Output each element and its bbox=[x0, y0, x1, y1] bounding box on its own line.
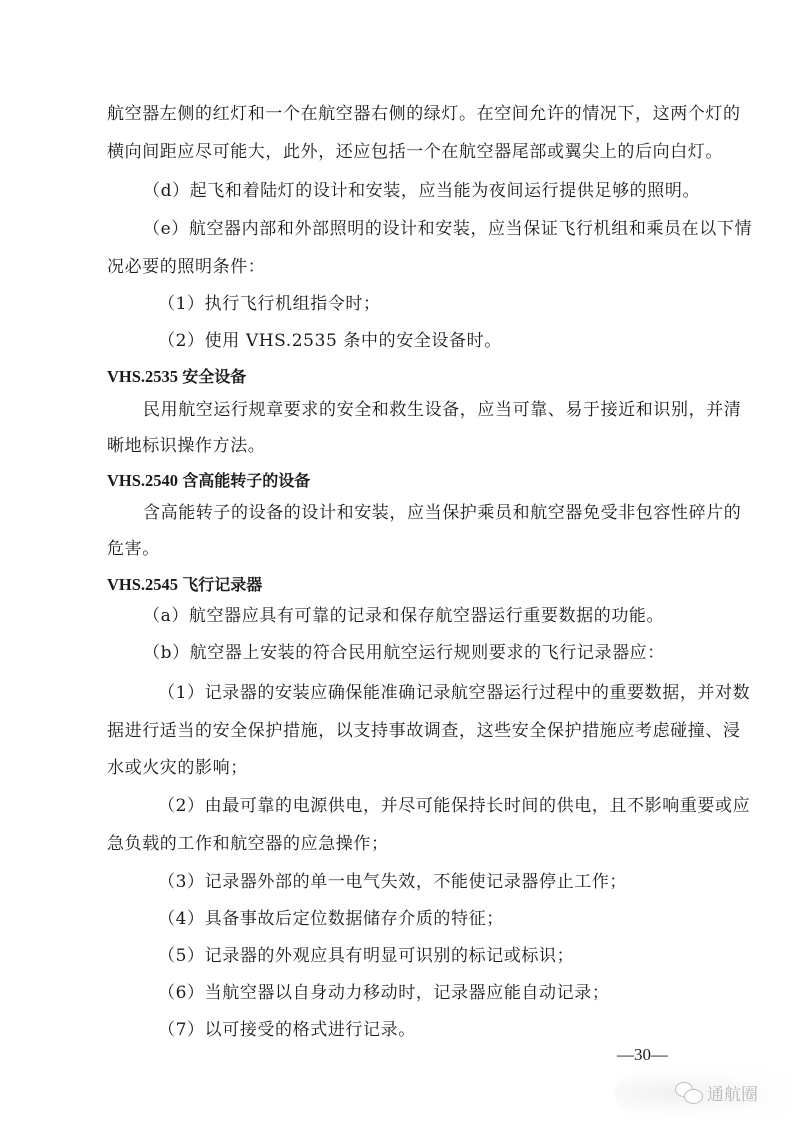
section-heading-vhs2545: VHS.2545 飞行记录器 bbox=[107, 575, 262, 595]
section-heading-vhs2535: VHS.2535 安全设备 bbox=[107, 367, 246, 387]
clause-e-1: （1）执行飞行机组指令时； bbox=[158, 294, 381, 314]
section-heading-vhs2540: VHS.2540 含高能转子的设备 bbox=[107, 471, 310, 491]
clause-b-1-continued: 据进行适当的安全保护措施，以支持事故调查，这些安全保护措施应考虑碰撞、浸 bbox=[107, 721, 741, 741]
paragraph-line: 航空器左侧的红灯和一个在航空器右侧的绿灯。在空间允许的情况下，这两个灯的 bbox=[107, 104, 741, 124]
section-code: VHS.2545 bbox=[107, 575, 178, 594]
document-page: 航空器左侧的红灯和一个在航空器右侧的绿灯。在空间允许的情况下，这两个灯的 横向间… bbox=[0, 0, 800, 1131]
section-body-line: 含高能转子的设备的设计和安装，应当保护乘员和航空器免受非包容性碎片的 bbox=[143, 503, 741, 523]
section-body-line: 晰地标识操作方法。 bbox=[107, 436, 265, 456]
section-code: VHS.2535 bbox=[107, 367, 178, 386]
section-body-line: 危害。 bbox=[107, 539, 160, 559]
clause-e-continued: 况必要的照明条件： bbox=[107, 257, 265, 277]
clause-b-4: （4）具备事故后定位数据储存介质的特征； bbox=[158, 909, 504, 929]
paragraph-line: 横向间距应尽可能大，此外，还应包括一个在航空器尾部或翼尖上的后向白灯。 bbox=[107, 142, 723, 162]
page-number: —30— bbox=[617, 1045, 668, 1065]
clause-b-5: （5）记录器的外观应具有明显可识别的标记或标识； bbox=[158, 946, 574, 966]
wechat-icon bbox=[675, 1082, 703, 1104]
section-body-line: 民用航空运行规章要求的安全和救生设备，应当可靠、易于接近和识别，并清 bbox=[143, 400, 741, 420]
clause-b-1-continued: 水或火灾的影响； bbox=[107, 758, 248, 778]
clause-b: （b）航空器上安装的符合民用航空运行规则要求的飞行记录器应： bbox=[143, 643, 665, 663]
clause-b-7: （7）以可接受的格式进行记录。 bbox=[158, 1020, 416, 1040]
clause-b-3: （3）记录器外部的单一电气失效，不能使记录器停止工作； bbox=[158, 872, 627, 892]
section-code: VHS.2540 bbox=[107, 471, 178, 490]
clause-d: （d）起飞和着陆灯的设计和安装，应当能为夜间运行提供足够的照明。 bbox=[143, 181, 700, 201]
clause-e-2: （2）使用 VHS.2535 条中的安全设备时。 bbox=[158, 331, 502, 351]
clause-b-1: （1）记录器的安装应确保能准确记录航空器运行过程中的重要数据，并对数 bbox=[158, 683, 750, 703]
clause-e: （e）航空器内部和外部照明的设计和安装，应当保证飞行机组和乘员在以下情 bbox=[143, 219, 752, 239]
section-title: 安全设备 bbox=[182, 367, 246, 386]
clause-b-2: （2）由最可靠的电源供电，并尽可能保持长时间的供电，且不影响重要或应 bbox=[158, 796, 750, 816]
watermark: 通航圈 bbox=[675, 1080, 758, 1105]
section-title: 含高能转子的设备 bbox=[182, 471, 310, 490]
watermark-text: 通航圈 bbox=[707, 1080, 758, 1105]
clause-a: （a）航空器应具有可靠的记录和保存航空器运行重要数据的功能。 bbox=[143, 606, 664, 626]
clause-b-2-continued: 急负载的工作和航空器的应急操作； bbox=[107, 834, 389, 854]
section-title: 飞行记录器 bbox=[182, 575, 262, 594]
clause-b-6: （6）当航空器以自身动力移动时，记录器应能自动记录； bbox=[158, 983, 609, 1003]
